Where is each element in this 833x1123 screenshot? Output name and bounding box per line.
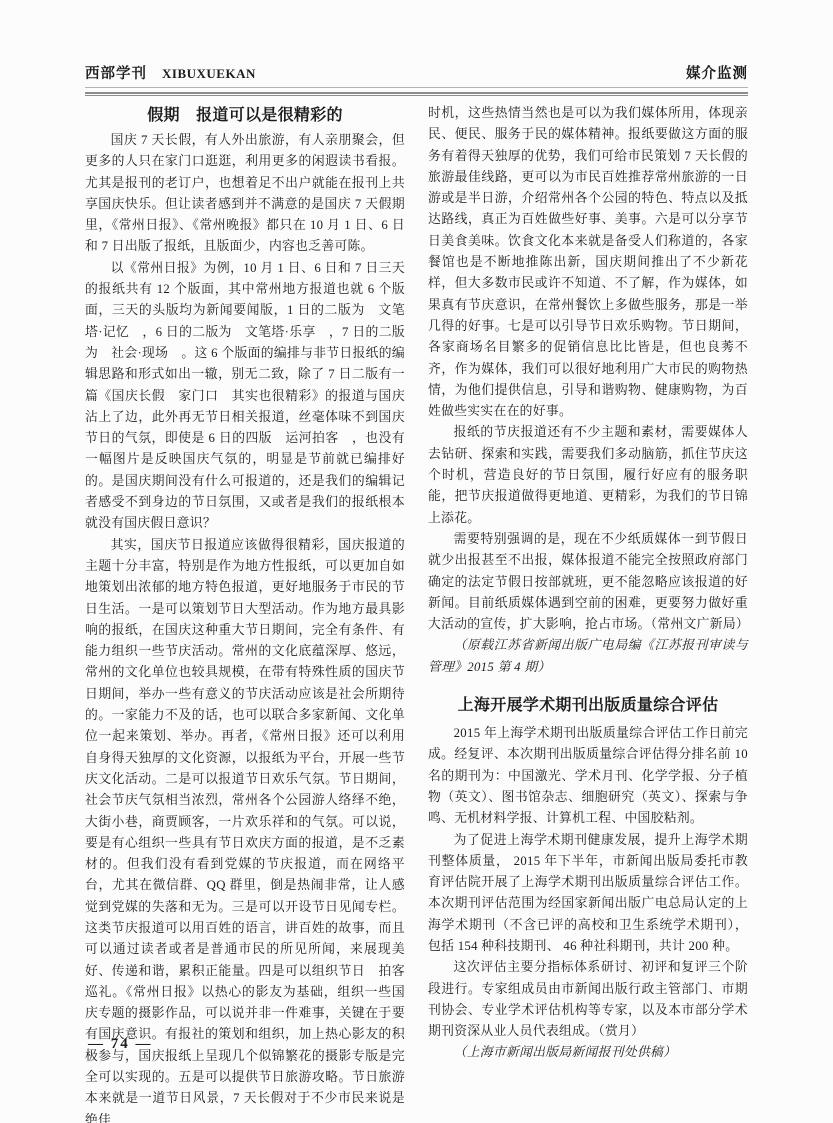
article2-paragraph-3: 这次评估主要分指标体系研讨、初评和复评三个阶段进行。专家组成员由市新闻出版行政主… (428, 957, 748, 1042)
header-rule-thin (85, 87, 748, 88)
article1-paragraph-4: 报纸的节庆报道还有不少主题和素材，需要媒体人去钻研、探索和实践，需要我们多动脑筋… (428, 422, 748, 528)
right-column: 时机，这些热情当然也是可以为我们媒体所用，体现亲民、便民、服务于民的媒体精神。报… (428, 103, 748, 1123)
article2-paragraph-1: 2015 年上海学术期刊出版质量综合评估工作日前完成。经复评、本次期刊出版质量综… (428, 723, 748, 829)
page-content: 西部学刊 XIBUXUEKAN 媒介监测 假期 报道可以是很精彩的 国庆 7 天… (85, 62, 748, 1123)
article1-source-note: （原载江苏省新闻出版广电局编《江苏报刊审读与管理》2015 第 4 期） (428, 635, 748, 678)
article2-paragraph-2: 为了促进上海学术期刊健康发展，提升上海学术期刊整体质量， 2015 年下半年，市… (428, 830, 748, 958)
article1-paragraph-1: 国庆 7 天长假，有人外出旅游，有人亲朋聚会，但更多的人只在家门口逛逛，利用更多… (85, 130, 405, 258)
page-number: — 74 — (88, 1036, 153, 1053)
article1-paragraph-2: 以《常州日报》为例，10 月 1 日、6 日和 7 日三天的报纸共有 12 个版… (85, 258, 405, 535)
article2-source-note: （上海市新闻出版局新闻报刊处供稿） (428, 1042, 748, 1063)
article2-title: 上海开展学术期刊出版质量综合评估 (428, 693, 748, 720)
header-rule-double (85, 92, 748, 96)
journal-title-cn: 西部学刊 (85, 62, 147, 83)
article1-paragraph-5: 需要特别强调的是，现在不少纸质媒体一到节假日就少出报甚至不出报，媒体报道不能完全… (428, 529, 748, 635)
left-column: 假期 报道可以是很精彩的 国庆 7 天长假，有人外出旅游，有人亲朋聚会，但更多的… (85, 103, 405, 1123)
article1-title: 假期 报道可以是很精彩的 (85, 103, 405, 130)
article1-paragraph-3-continuation: 时机，这些热情当然也是可以为我们媒体所用，体现亲民、便民、服务于民的媒体精神。报… (428, 103, 748, 422)
article1-paragraph-3-left: 其实，国庆节日报道应该做得很精彩，国庆报道的主题十分丰富，特别是作为地方性报纸，… (85, 535, 405, 1123)
two-column-body: 假期 报道可以是很精彩的 国庆 7 天长假，有人外出旅游，有人亲朋聚会，但更多的… (85, 103, 748, 1123)
journal-page: 西部学刊 XIBUXUEKAN 媒介监测 假期 报道可以是很精彩的 国庆 7 天… (0, 0, 833, 1123)
page-header: 西部学刊 XIBUXUEKAN 媒介监测 (85, 62, 748, 83)
journal-title-en: XIBUXUEKAN (162, 66, 256, 82)
section-label: 媒介监测 (686, 62, 748, 83)
journal-masthead: 西部学刊 XIBUXUEKAN (85, 62, 256, 83)
